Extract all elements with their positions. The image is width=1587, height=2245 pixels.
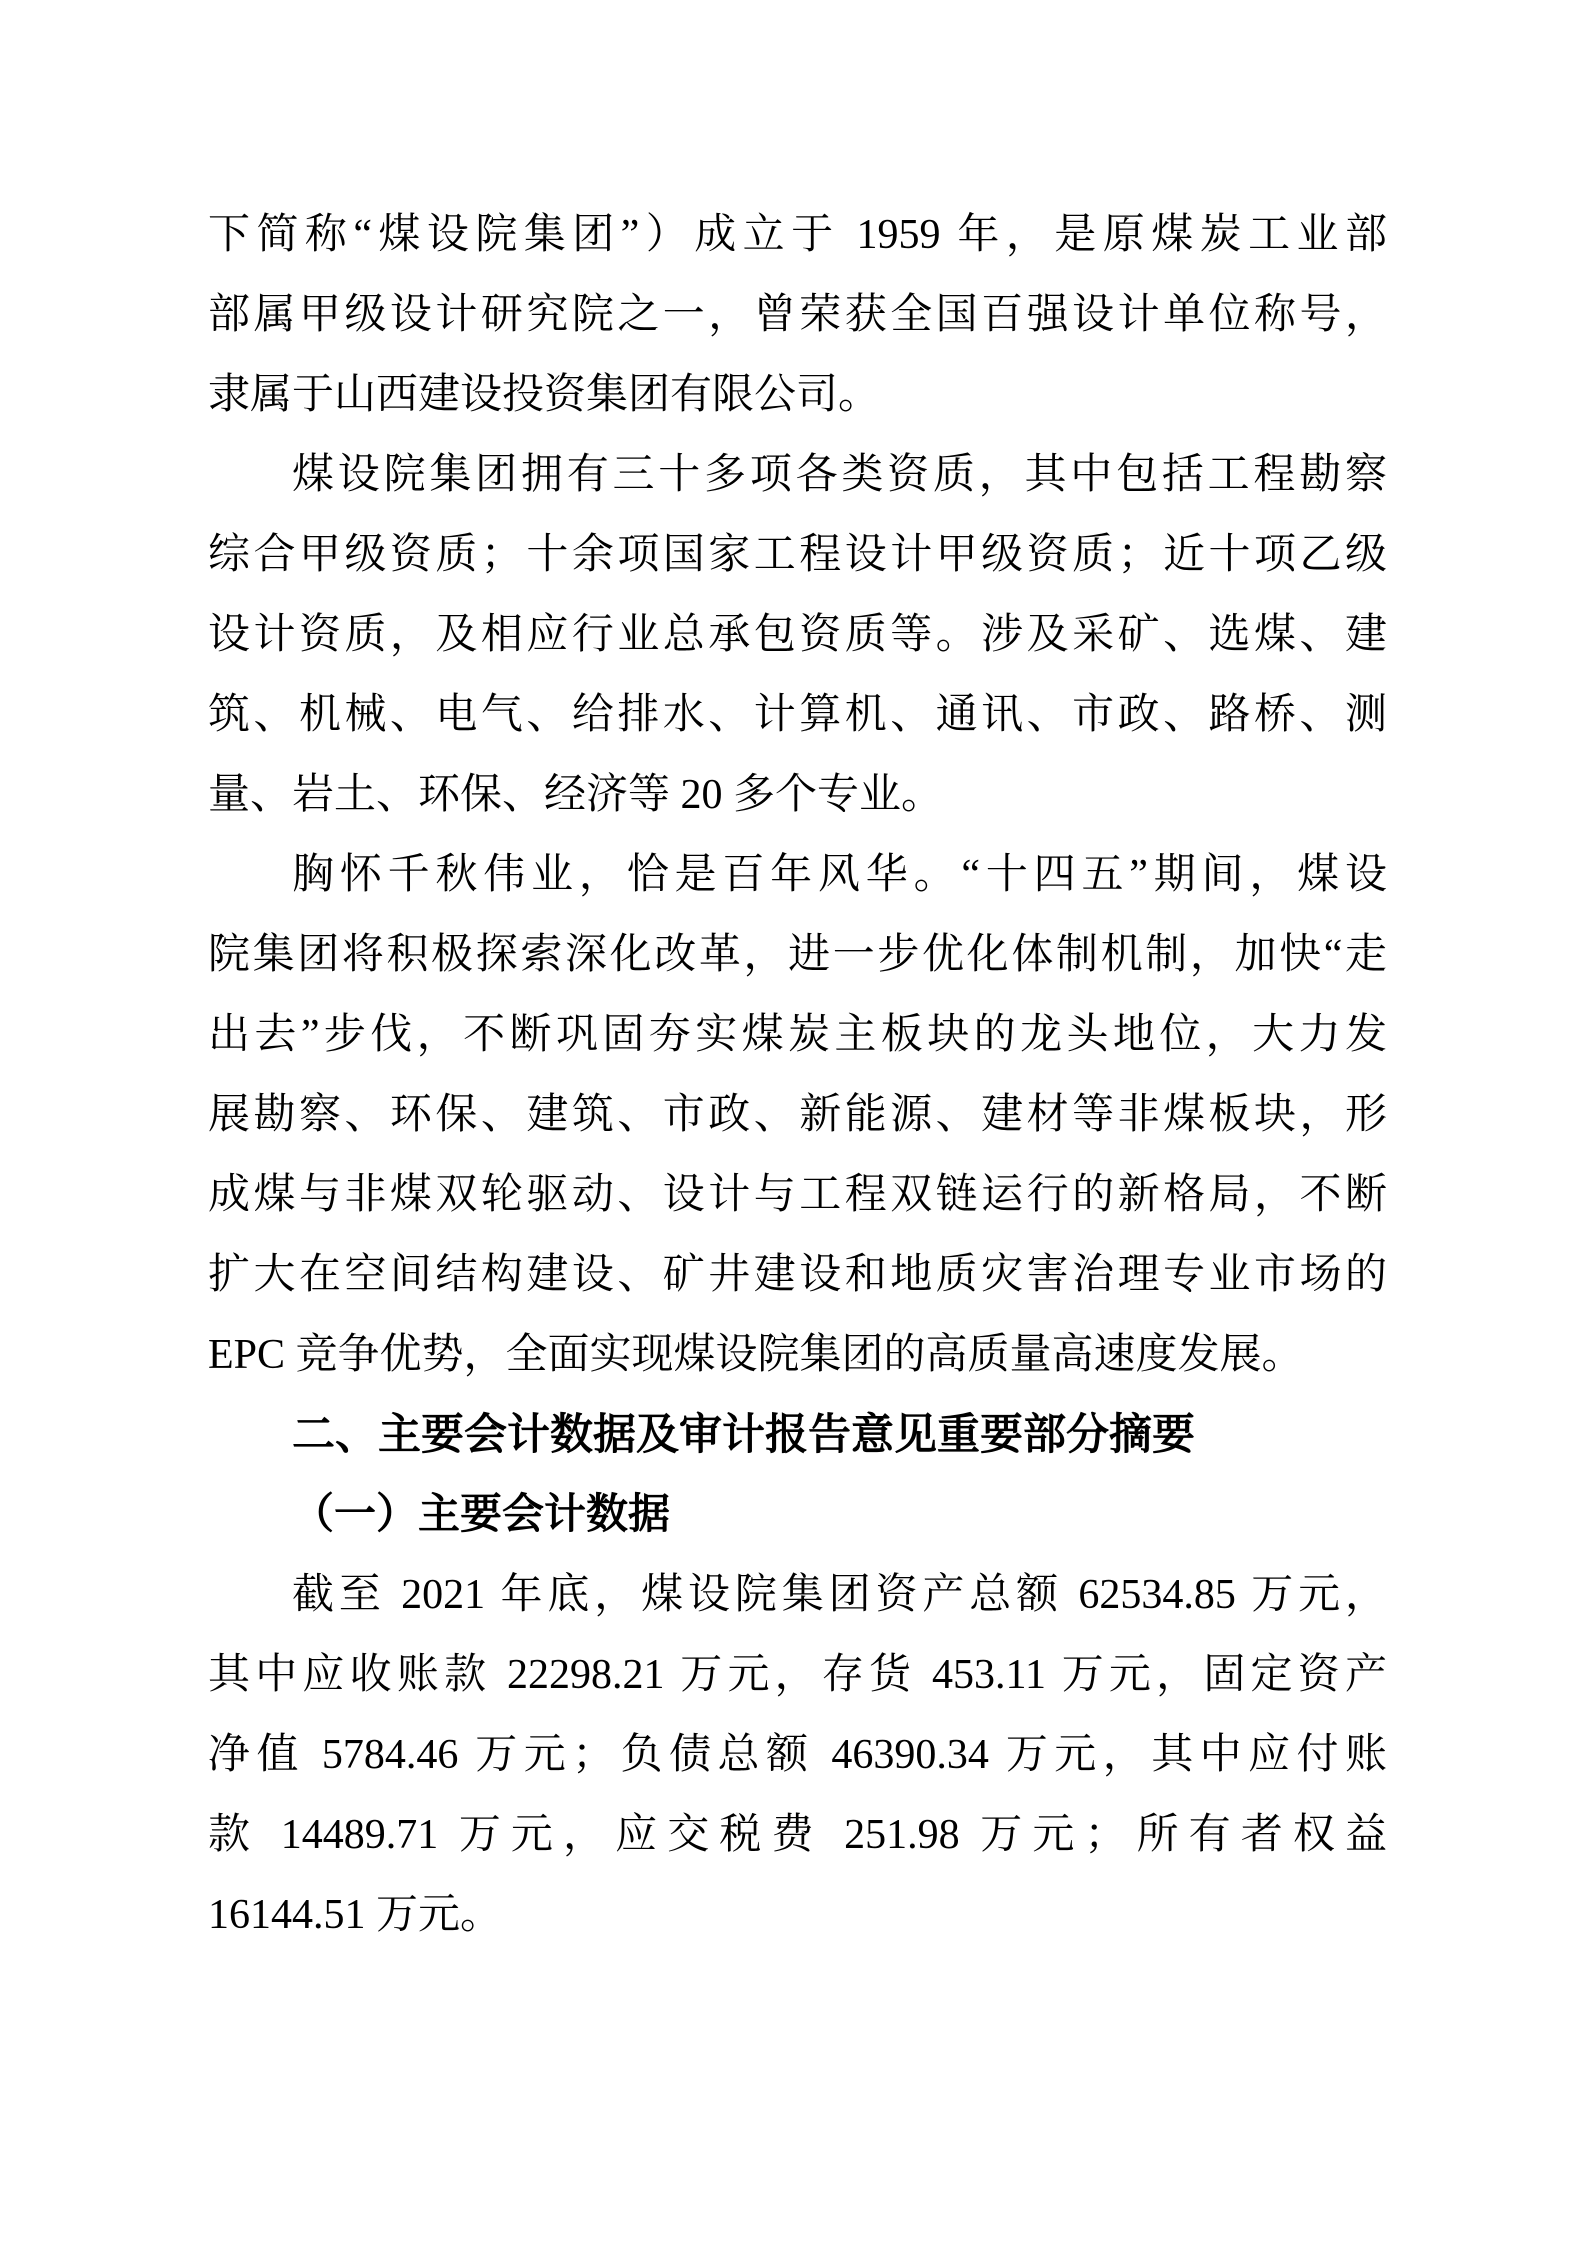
text-line: EPC 竞争优势，全面实现煤设院集团的高质量高速度发展。 <box>208 1315 1387 1395</box>
text-line: 净值 5784.46 万元；负债总额 46390.34 万元，其中应付账 <box>208 1715 1387 1795</box>
text-line: 截至 2021 年底，煤设院集团资产总额 62534.85 万元， <box>208 1555 1387 1635</box>
text-line: 下简称“煤设院集团”）成立于 1959 年，是原煤炭工业部 <box>208 195 1387 275</box>
text-line: 院集团将积极探索深化改革，进一步优化体制机制，加快“走 <box>208 915 1387 995</box>
paragraph-1: 下简称“煤设院集团”）成立于 1959 年，是原煤炭工业部 部属甲级设计研究院之… <box>208 195 1387 435</box>
text-line: 展勘察、环保、建筑、市政、新能源、建材等非煤板块，形 <box>208 1075 1387 1155</box>
text-line: 款 14489.71 万元，应交税费 251.98 万元；所有者权益 <box>208 1795 1387 1875</box>
text-line: 16144.51 万元。 <box>208 1875 1387 1955</box>
paragraph-2: 煤设院集团拥有三十多项各类资质，其中包括工程勘察 综合甲级资质；十余项国家工程设… <box>208 435 1387 835</box>
text-line: 胸怀千秋伟业，恰是百年风华。“十四五”期间，煤设 <box>208 835 1387 915</box>
text-line: 量、岩土、环保、经济等 20 多个专业。 <box>208 755 1387 835</box>
text-line: 筑、机械、电气、给排水、计算机、通讯、市政、路桥、测 <box>208 675 1387 755</box>
paragraph-4: 截至 2021 年底，煤设院集团资产总额 62534.85 万元， 其中应收账款… <box>208 1555 1387 1955</box>
text-line: 扩大在空间结构建设、矿井建设和地质灾害治理专业市场的 <box>208 1235 1387 1315</box>
text-line: 部属甲级设计研究院之一，曾荣获全国百强设计单位称号， <box>208 275 1387 355</box>
text-line: 煤设院集团拥有三十多项各类资质，其中包括工程勘察 <box>208 435 1387 515</box>
paragraph-3: 胸怀千秋伟业，恰是百年风华。“十四五”期间，煤设 院集团将积极探索深化改革，进一… <box>208 835 1387 1395</box>
text-line: 其中应收账款 22298.21 万元，存货 453.11 万元，固定资产 <box>208 1635 1387 1715</box>
section-heading: 二、主要会计数据及审计报告意见重要部分摘要 <box>208 1395 1387 1475</box>
subsection-heading: （一）主要会计数据 <box>208 1475 1387 1555</box>
text-line: 设计资质，及相应行业总承包资质等。涉及采矿、选煤、建 <box>208 595 1387 675</box>
text-line: 隶属于山西建设投资集团有限公司。 <box>208 355 1387 435</box>
text-line: 综合甲级资质；十余项国家工程设计甲级资质；近十项乙级 <box>208 515 1387 595</box>
text-line: 出去”步伐，不断巩固夯实煤炭主板块的龙头地位，大力发 <box>208 995 1387 1075</box>
text-line: 成煤与非煤双轮驱动、设计与工程双链运行的新格局，不断 <box>208 1155 1387 1235</box>
document-page: 下简称“煤设院集团”）成立于 1959 年，是原煤炭工业部 部属甲级设计研究院之… <box>0 0 1587 2245</box>
